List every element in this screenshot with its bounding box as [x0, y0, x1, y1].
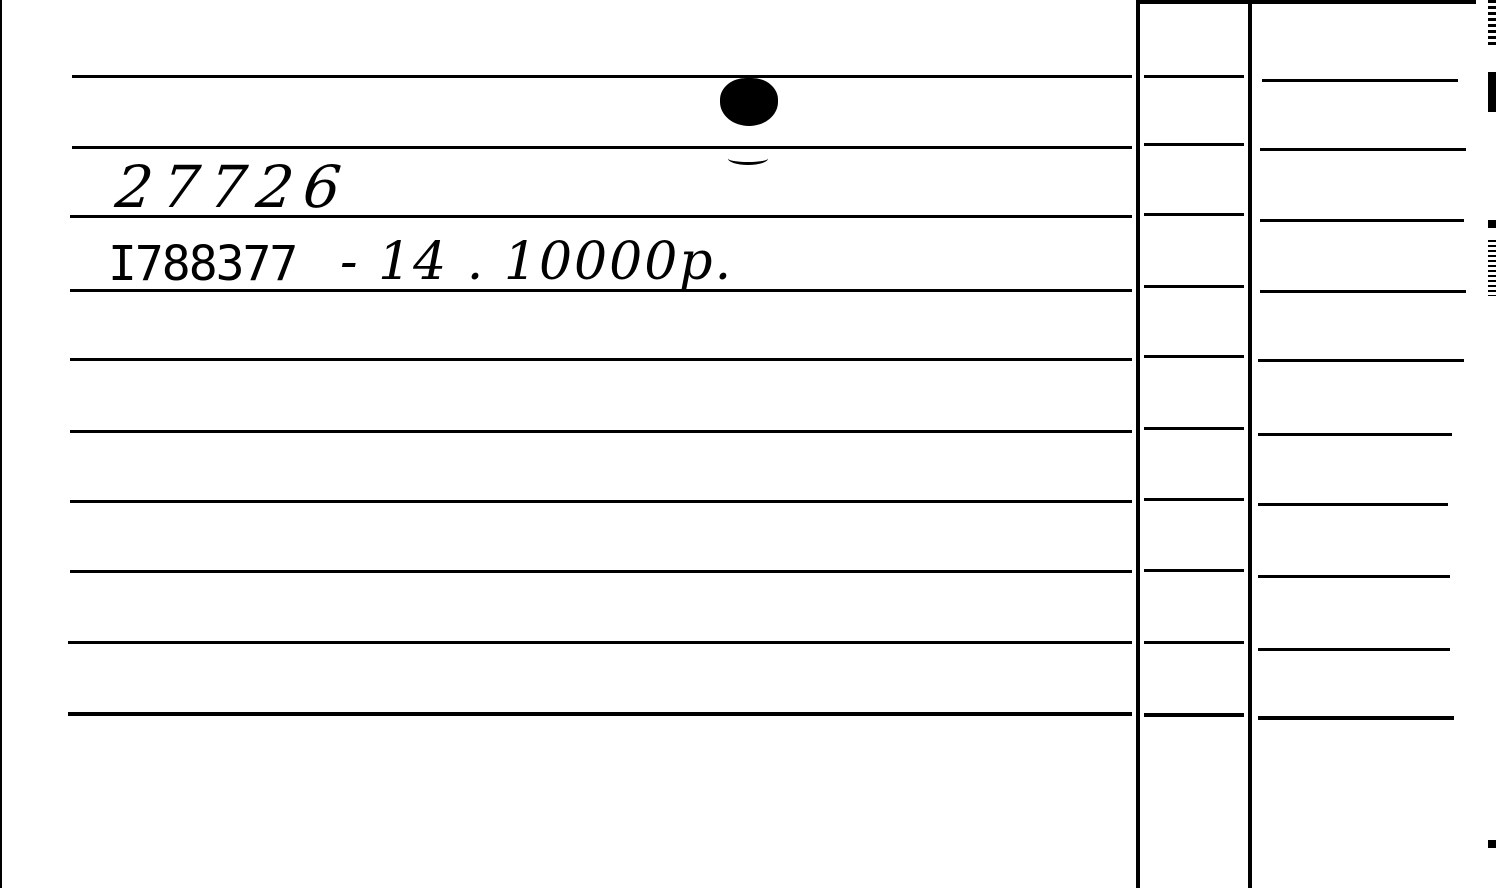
- ruled-line: [1144, 498, 1244, 501]
- ruled-line: [70, 430, 1132, 433]
- column-divider-2: [1248, 0, 1252, 888]
- ruled-line: [1262, 79, 1458, 82]
- punch-hole: [720, 78, 778, 126]
- ruled-line: [1144, 75, 1244, 78]
- ruled-line: [1258, 503, 1448, 506]
- ruled-line: [1260, 148, 1466, 151]
- ruled-line: [1144, 569, 1244, 572]
- ruled-line: [1144, 713, 1244, 717]
- ruled-line: [68, 712, 1132, 716]
- ruled-line: [1258, 716, 1454, 720]
- ruled-line: [1144, 641, 1244, 644]
- scan-edge-marks: [1488, 0, 1496, 888]
- ruled-line: [1260, 290, 1466, 293]
- ruled-line: [1144, 285, 1244, 288]
- ruled-line: [1258, 433, 1452, 436]
- card-number: 27726: [113, 158, 354, 216]
- index-card: 27726 I788377 - 14 . 10000р.: [0, 0, 1496, 888]
- handwritten-entry: - 14 . 10000р.: [340, 236, 733, 288]
- top-border-rule: [1136, 0, 1476, 4]
- ruled-line: [72, 75, 1132, 78]
- ruled-line: [1144, 427, 1244, 430]
- punch-hole-shadow: [728, 152, 768, 165]
- ruled-line: [1144, 143, 1244, 146]
- typed-entry: I788377: [108, 240, 296, 288]
- ruled-line: [68, 641, 1132, 644]
- column-divider-1: [1136, 0, 1140, 888]
- ruled-line: [1260, 219, 1464, 222]
- ruled-line: [1258, 575, 1450, 578]
- ruled-line: [1144, 213, 1244, 216]
- ruled-line: [1258, 359, 1464, 362]
- card-left-edge: [0, 0, 2, 888]
- ruled-line: [70, 570, 1132, 573]
- ruled-line: [1144, 355, 1244, 358]
- ruled-line: [1258, 648, 1450, 651]
- ruled-line: [72, 146, 1132, 149]
- ruled-line: [70, 358, 1132, 361]
- ruled-line: [70, 500, 1132, 503]
